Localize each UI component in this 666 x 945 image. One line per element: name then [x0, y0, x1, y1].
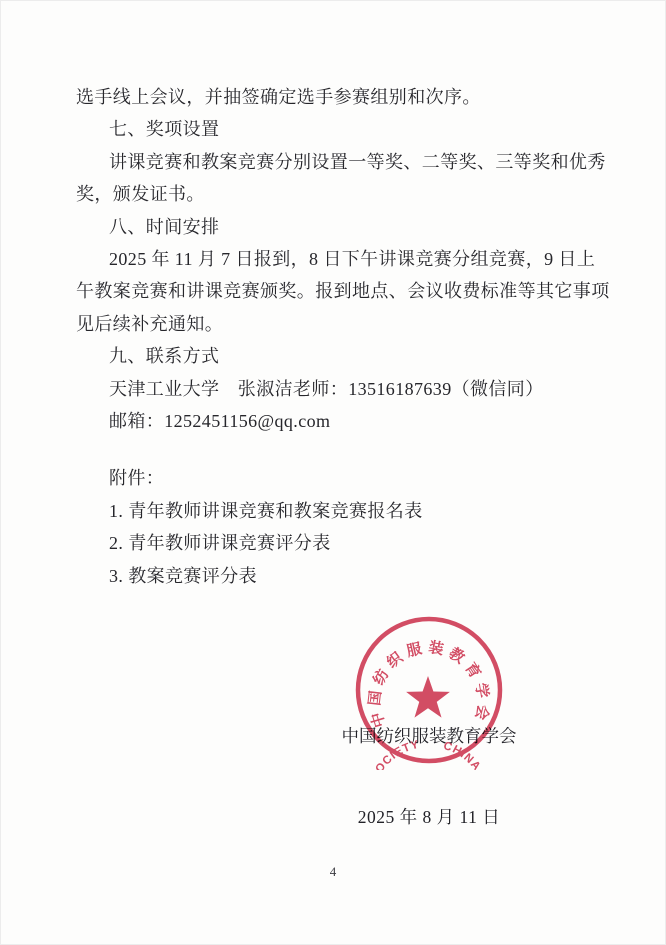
signature-date: 2025 年 8 月 11 日	[334, 804, 524, 829]
section-heading-schedule: 八、时间安排	[76, 211, 593, 243]
page-number: 4	[1, 864, 665, 880]
body-line: 2025 年 11 月 7 日报到，8 日下午讲课竞赛分组竞赛，9 日上	[76, 243, 593, 275]
star-icon	[406, 676, 450, 718]
body-line: 午教案竞赛和讲课竞赛颁奖。报到地点、会议收费标准等其它事项	[76, 275, 593, 307]
body-line: 讲课竞赛和教案竞赛分别设置一等奖、二等奖、三等奖和优秀	[76, 146, 593, 178]
body-line: 见后续补充通知。	[76, 308, 593, 340]
attachment-item: 1. 青年教师讲课竞赛和教案竞赛报名表	[76, 495, 593, 527]
attachment-item: 2. 青年教师讲课竞赛评分表	[76, 527, 593, 559]
section-heading-awards: 七、奖项设置	[76, 113, 593, 145]
body-line: 选手线上会议，并抽签确定选手参赛组别和次序。	[76, 81, 593, 113]
contact-email-line: 邮箱：1252451156@qq.com	[76, 405, 593, 437]
section-heading-contact: 九、联系方式	[76, 340, 593, 372]
official-seal-stamp: CHINA TEXTILE AND APPAREL EDUCATION SOCI…	[349, 610, 509, 770]
body-line: 奖，颁发证书。	[76, 178, 593, 210]
attachment-item: 3. 教案竞赛评分表	[76, 560, 593, 592]
document-body: 选手线上会议，并抽签确定选手参赛组别和次序。 七、奖项设置 讲课竞赛和教案竞赛分…	[76, 81, 593, 592]
document-page: 选手线上会议，并抽签确定选手参赛组别和次序。 七、奖项设置 讲课竞赛和教案竞赛分…	[0, 0, 666, 945]
contact-phone-line: 天津工业大学 张淑洁老师：13516187639（微信同）	[76, 373, 593, 405]
attachments-heading: 附件：	[76, 462, 593, 494]
